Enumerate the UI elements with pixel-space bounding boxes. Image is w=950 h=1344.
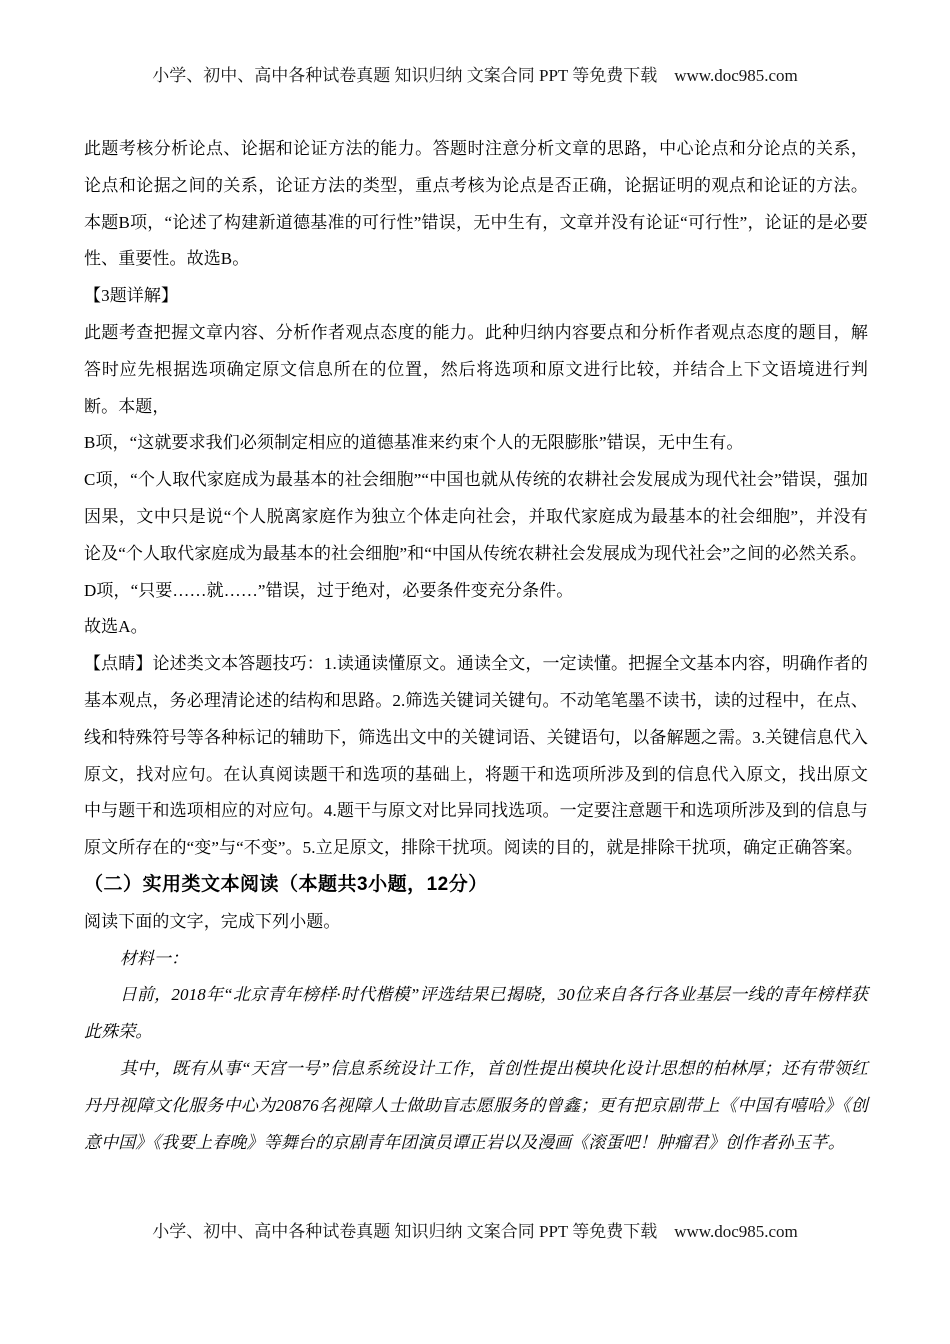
paragraph-question2-analysis: 此题考核分析论点、论据和论证方法的能力。答题时注意分析文章的思路，中心论点和分论… (84, 131, 868, 278)
label-question3-detail: 【3题详解】 (84, 278, 868, 315)
material-one-label: 材料一： (84, 941, 868, 978)
paragraph-answer: 故选A。 (84, 609, 868, 646)
section-two-heading: （二）实用类文本阅读（本题共3小题，12分） (84, 867, 868, 904)
paragraph-question3-analysis: 此题考查把握文章内容、分析作者观点态度的能力。此种归纳内容要点和分析作者观点态度… (84, 315, 868, 425)
paragraph-option-d: D项，“只要……就……”错误，过于绝对，必要条件变充分条件。 (84, 573, 868, 610)
footer-watermark: 小学、初中、高中各种试卷真题 知识归纳 文案合同 PPT 等免费下载 www.d… (0, 1220, 950, 1244)
paragraph-tips: 【点睛】论述类文本答题技巧：1.读通读懂原文。通读全文，一定读懂。把握全文基本内… (84, 646, 868, 867)
document-body: 此题考核分析论点、论据和论证方法的能力。答题时注意分析文章的思路，中心论点和分论… (84, 131, 868, 1161)
paragraph-option-b: B项，“这就要求我们必须制定相应的道德基准来约束个人的无限膨胀”错误，无中生有。 (84, 425, 868, 462)
paragraph-option-c: C项，“个人取代家庭成为最基本的社会细胞”“中国也就从传统的农耕社会发展成为现代… (84, 462, 868, 572)
paragraph-material1-detail: 其中，既有从事“天宫一号”信息系统设计工作，首创性提出模块化设计思想的柏林厚；还… (84, 1051, 868, 1161)
document-page: 小学、初中、高中各种试卷真题 知识归纳 文案合同 PPT 等免费下载 www.d… (0, 0, 950, 1344)
header-watermark: 小学、初中、高中各种试卷真题 知识归纳 文案合同 PPT 等免费下载 www.d… (0, 64, 950, 88)
paragraph-material1-intro: 日前，2018年“北京青年榜样·时代楷模”评选结果已揭晓，30位来自各行各业基层… (84, 977, 868, 1051)
paragraph-reading-instruction: 阅读下面的文字，完成下列小题。 (84, 904, 868, 941)
